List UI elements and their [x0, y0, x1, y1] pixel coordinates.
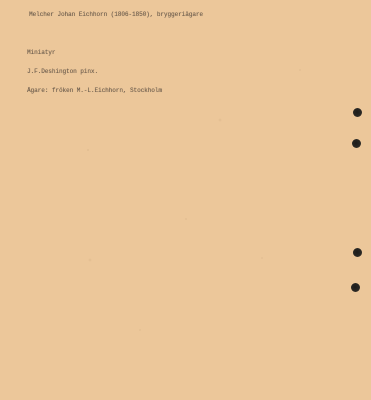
punch-dot	[353, 248, 362, 257]
card-detail-block: Miniatyr J.F.Deshington pinx. Ägare: frö…	[27, 37, 162, 107]
detail-line-artist: J.F.Deshington pinx.	[27, 69, 162, 75]
punch-dot	[351, 283, 360, 292]
punch-dot	[353, 108, 362, 117]
detail-line-artwork-type: Miniatyr	[27, 50, 162, 56]
punch-dot	[352, 139, 361, 148]
detail-line-owner: Ägare: fröken M.-L.Eichhorn, Stockholm	[27, 88, 162, 94]
scanned-archive-card: Melcher Johan Eichhorn (1806-1850), bryg…	[0, 0, 371, 400]
card-title-line: Melcher Johan Eichhorn (1806-1850), bryg…	[29, 12, 203, 18]
